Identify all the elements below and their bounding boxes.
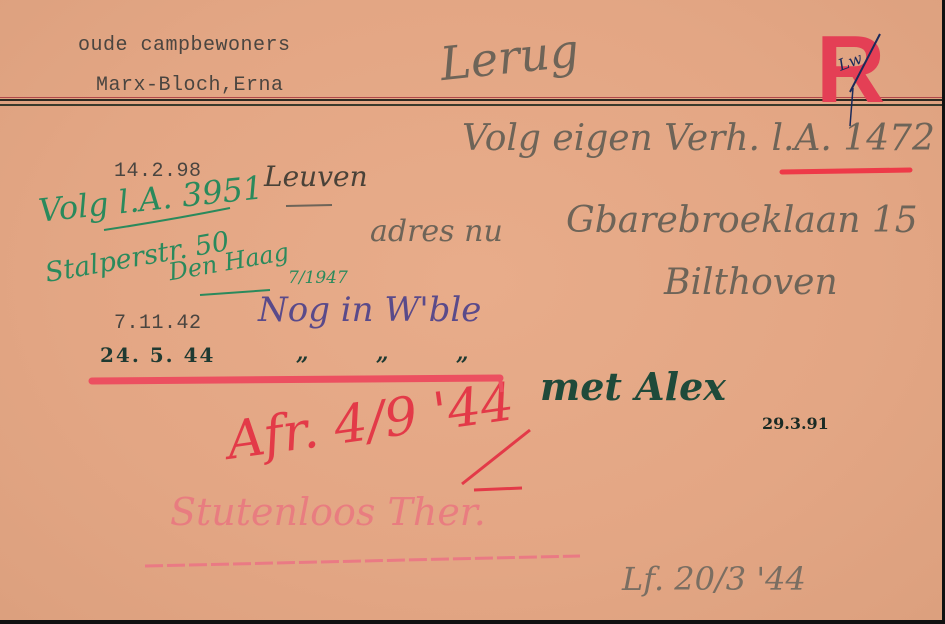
red-dash bbox=[474, 488, 522, 490]
red-pencil-line bbox=[92, 378, 500, 381]
pen-strokes bbox=[0, 0, 942, 620]
index-card: oude campbewoners Marx-Bloch,Erna 14.2.9… bbox=[0, 0, 942, 620]
red-pencil-tick bbox=[500, 378, 502, 392]
scan-border-bottom bbox=[0, 620, 945, 624]
stamp-slash-tail bbox=[850, 88, 853, 126]
red-slash bbox=[462, 430, 530, 484]
red-underline-1472 bbox=[782, 170, 910, 172]
pencil-dash bbox=[286, 205, 332, 206]
stamp-slash bbox=[850, 34, 880, 92]
green-underline bbox=[104, 208, 230, 230]
green-stroke bbox=[200, 290, 270, 295]
faint-red-underline bbox=[145, 556, 580, 566]
